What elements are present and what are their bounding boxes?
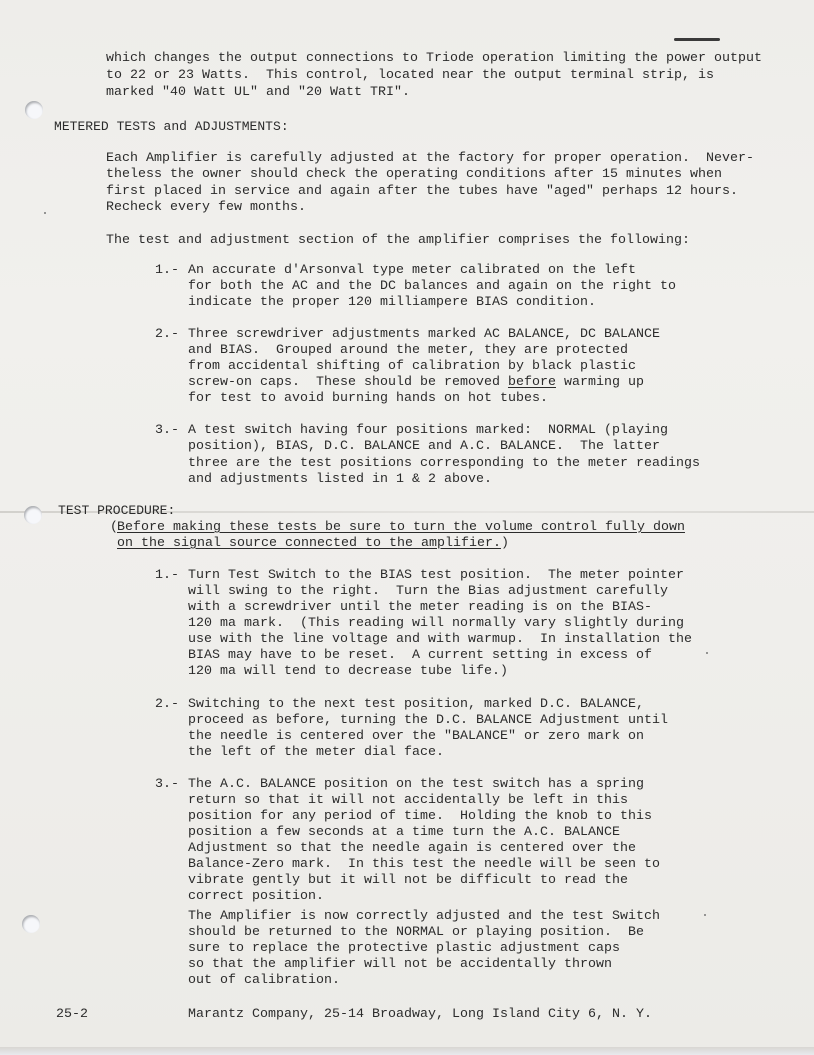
- list-item-line: A test switch having four positions mark…: [188, 422, 668, 438]
- closing-line: so that the amplifier will not be accide…: [188, 956, 612, 972]
- note-line-text: on the signal source connected to the am…: [117, 535, 501, 550]
- footer-company-address: Marantz Company, 25-14 Broadway, Long Is…: [188, 1006, 652, 1022]
- list-item-line: Turn Test Switch to the BIAS test positi…: [188, 567, 684, 583]
- list-item-line: from accidental shifting of calibration …: [188, 358, 636, 374]
- ink-speck: [44, 212, 46, 214]
- list-item-line: Three screwdriver adjustments marked AC …: [188, 326, 660, 342]
- list-item-line: use with the line voltage and with warmu…: [188, 631, 692, 647]
- list-item-line: the needle is centered over the "BALANCE…: [188, 728, 644, 744]
- punch-hole-bottom: [22, 915, 40, 933]
- list-item-line: will swing to the right. Turn the Bias a…: [188, 583, 668, 599]
- section-heading-test-procedure: TEST PROCEDURE:: [58, 503, 175, 519]
- intro-line: marked "40 Watt UL" and "20 Watt TRI".: [106, 84, 410, 100]
- list-item-line: and adjustments listed in 1 & 2 above.: [188, 471, 492, 487]
- document-page: which changes the output connections to …: [0, 0, 814, 1055]
- list-number: 1.-: [155, 567, 179, 583]
- note-line: Before making these tests be sure to tur…: [117, 519, 685, 535]
- ink-speck: [704, 914, 706, 916]
- list-item-line: An accurate d'Arsonval type meter calibr…: [188, 262, 636, 278]
- closing-line: out of calibration.: [188, 972, 340, 988]
- text-run: screw-on caps. These should be removed: [188, 374, 508, 389]
- closing-line: should be returned to the NORMAL or play…: [188, 924, 644, 940]
- section-heading-metered-tests: METERED TESTS and ADJUSTMENTS:: [54, 119, 289, 135]
- ink-mark: [674, 38, 720, 41]
- list-item-line: proceed as before, turning the D.C. BALA…: [188, 712, 668, 728]
- list-item-line: and BIAS. Grouped around the meter, they…: [188, 342, 628, 358]
- list-item-line: three are the test positions correspondi…: [188, 455, 700, 471]
- note-line: on the signal source connected to the am…: [117, 535, 509, 551]
- list-item-line: with a screwdriver until the meter readi…: [188, 599, 652, 615]
- list-number: 2.-: [155, 696, 179, 712]
- list-number: 1.-: [155, 262, 179, 278]
- list-item-line: Balance-Zero mark. In this test the need…: [188, 856, 660, 872]
- intro-line: which changes the output connections to …: [106, 50, 762, 66]
- list-item-line: position), BIAS, D.C. BALANCE and A.C. B…: [188, 438, 660, 454]
- page-number: 25-2: [56, 1006, 88, 1022]
- list-item-line: screw-on caps. These should be removed b…: [188, 374, 644, 390]
- closing-line: The Amplifier is now correctly adjusted …: [188, 908, 660, 924]
- list-item-line: correct position.: [188, 888, 324, 904]
- paragraph-line: Each Amplifier is carefully adjusted at …: [106, 150, 754, 166]
- underlined-word: before: [508, 374, 556, 389]
- paragraph-line: The test and adjustment section of the a…: [106, 232, 690, 248]
- paragraph-line: theless the owner should check the opera…: [106, 166, 722, 182]
- list-item-line: 120 ma mark. (This reading will normally…: [188, 615, 684, 631]
- list-item-line: The A.C. BALANCE position on the test sw…: [188, 776, 644, 792]
- punch-hole-middle: [24, 506, 42, 524]
- list-number: 3.-: [155, 776, 179, 792]
- paragraph-line: first placed in service and again after …: [106, 183, 738, 199]
- note-paren: ): [501, 535, 509, 550]
- list-item-line: Adjustment so that the needle again is c…: [188, 840, 636, 856]
- list-item-line: position a few seconds at a time turn th…: [188, 824, 620, 840]
- paragraph-line: Recheck every few months.: [106, 199, 306, 215]
- list-item-line: for test to avoid burning hands on hot t…: [188, 390, 548, 406]
- list-item-line: indicate the proper 120 milliampere BIAS…: [188, 294, 596, 310]
- list-number: 2.-: [155, 326, 179, 342]
- list-item-line: return so that it will not accidentally …: [188, 792, 628, 808]
- list-item-line: 120 ma will tend to decrease tube life.): [188, 663, 508, 679]
- ink-speck: [706, 652, 708, 654]
- intro-line: to 22 or 23 Watts. This control, located…: [106, 67, 714, 83]
- list-number: 3.-: [155, 422, 179, 438]
- list-item-line: BIAS may have to be reset. A current set…: [188, 647, 652, 663]
- closing-line: sure to replace the protective plastic a…: [188, 940, 620, 956]
- list-item-line: Switching to the next test position, mar…: [188, 696, 644, 712]
- list-item-line: the left of the meter dial face.: [188, 744, 444, 760]
- list-item-line: vibrate gently but it will not be diffic…: [188, 872, 628, 888]
- text-run: warming up: [556, 374, 644, 389]
- punch-hole-top: [25, 101, 43, 119]
- list-item-line: for both the AC and the DC balances and …: [188, 278, 676, 294]
- list-item-line: position for any period of time. Holding…: [188, 808, 652, 824]
